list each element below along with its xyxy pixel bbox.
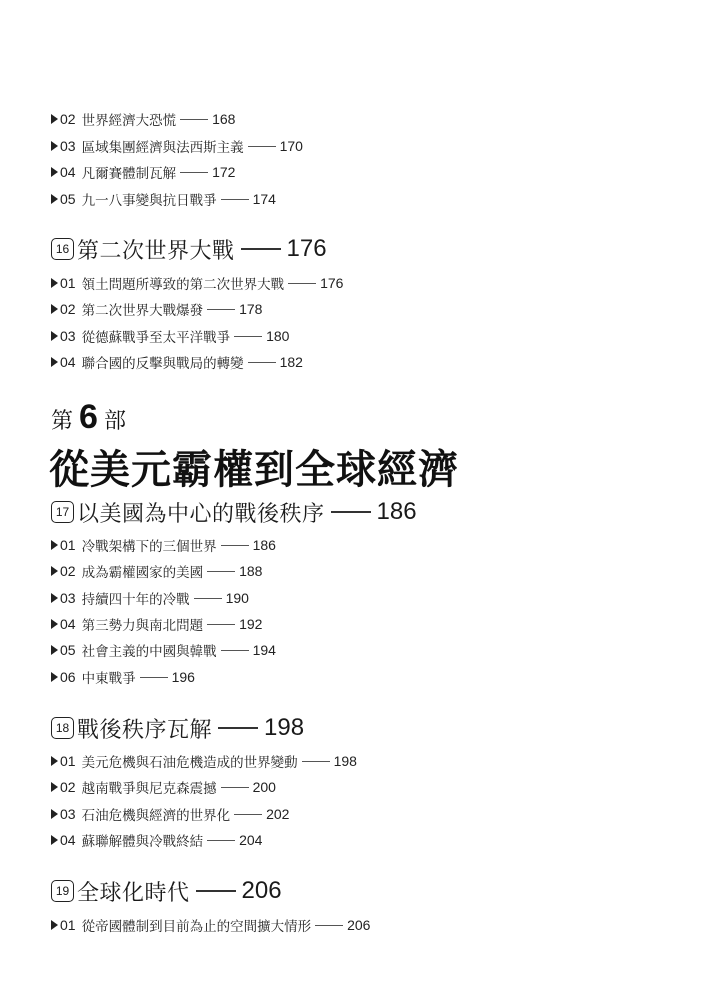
leader-line [288, 283, 316, 284]
chapter-number-badge: 17 [51, 501, 74, 523]
page-number: 178 [239, 301, 262, 317]
item-title: 凡爾賽體制瓦解 [82, 162, 177, 182]
item-title: 越南戰爭與尼克森震撼 [82, 777, 217, 797]
leader-line [140, 677, 168, 678]
triangle-bullet-icon [51, 357, 58, 367]
triangle-bullet-icon [51, 304, 58, 314]
leader-line [248, 146, 276, 147]
toc-item[interactable]: 01 從帝國體制到目前為止的空間擴大情形 206 [51, 915, 370, 935]
triangle-bullet-icon [51, 619, 58, 629]
toc-item[interactable]: 04 第三勢力與南北問題 192 [51, 614, 262, 634]
toc-item[interactable]: 02 世界經濟大恐慌 168 [51, 109, 235, 129]
leader-line [331, 511, 371, 513]
item-title: 領土問題所導致的第二次世界大戰 [82, 273, 285, 293]
chapter-number-badge: 19 [51, 880, 74, 902]
page-number: 194 [253, 642, 276, 658]
triangle-bullet-icon [51, 566, 58, 576]
chapter-title: 戰後秩序瓦解 [77, 713, 212, 744]
triangle-bullet-icon [51, 920, 58, 930]
triangle-bullet-icon [51, 114, 58, 124]
triangle-bullet-icon [51, 645, 58, 655]
leader-line [302, 761, 330, 762]
leader-line [221, 650, 249, 651]
page-number: 206 [347, 917, 370, 933]
leader-line [207, 840, 235, 841]
item-title: 從帝國體制到目前為止的空間擴大情形 [82, 915, 312, 935]
item-title: 第二次世界大戰爆發 [82, 299, 204, 319]
toc-item[interactable]: 02 成為霸權國家的美國 188 [51, 561, 262, 581]
leader-line [234, 814, 262, 815]
triangle-bullet-icon [51, 782, 58, 792]
leader-line [180, 119, 208, 120]
page-number: 188 [239, 563, 262, 579]
item-title: 從德蘇戰爭至太平洋戰爭 [82, 326, 231, 346]
triangle-bullet-icon [51, 331, 58, 341]
toc-item[interactable]: 01 領土問題所導致的第二次世界大戰 176 [51, 273, 343, 293]
leader-line [315, 925, 343, 926]
item-title: 持續四十年的冷戰 [82, 588, 190, 608]
page-number: 192 [239, 616, 262, 632]
toc-item[interactable]: 02 越南戰爭與尼克森震撼 200 [51, 777, 276, 797]
page-number: 204 [239, 832, 262, 848]
triangle-bullet-icon [51, 809, 58, 819]
page-number: 198 [334, 753, 357, 769]
toc-item[interactable]: 03 石油危機與經濟的世界化 202 [51, 804, 289, 824]
item-title: 第三勢力與南北問題 [82, 614, 204, 634]
leader-line [221, 545, 249, 546]
page-number: 176 [287, 235, 327, 263]
toc-item[interactable]: 03 從德蘇戰爭至太平洋戰爭 180 [51, 326, 289, 346]
item-title: 冷戰架構下的三個世界 [82, 535, 217, 555]
item-title: 石油危機與經濟的世界化 [82, 804, 231, 824]
page-number: 182 [280, 354, 303, 370]
page-number: 180 [266, 328, 289, 344]
triangle-bullet-icon [51, 278, 58, 288]
page-number: 170 [280, 138, 303, 154]
page-number: 198 [264, 714, 304, 742]
page-number: 202 [266, 806, 289, 822]
chapter-heading-19[interactable]: 19 全球化時代 206 [51, 876, 282, 906]
chapter-heading-16[interactable]: 16 第二次世界大戰 176 [51, 234, 327, 264]
leader-line [218, 727, 258, 729]
chapter-number-badge: 18 [51, 717, 74, 739]
toc-item[interactable]: 01 冷戰架構下的三個世界 186 [51, 535, 276, 555]
leader-line [194, 598, 222, 599]
page-number: 172 [212, 164, 235, 180]
leader-line [196, 890, 236, 892]
page-number: 200 [253, 779, 276, 795]
part-label: 第 6 部 [51, 398, 126, 437]
item-title: 社會主義的中國與韓戰 [82, 640, 217, 660]
page-number: 190 [226, 590, 249, 606]
item-title: 蘇聯解體與冷戰終結 [82, 830, 204, 850]
page-number: 174 [253, 191, 276, 207]
page-number: 176 [320, 275, 343, 291]
toc-item[interactable]: 04 蘇聯解體與冷戰終結 204 [51, 830, 262, 850]
leader-line [207, 624, 235, 625]
triangle-bullet-icon [51, 835, 58, 845]
leader-line [248, 362, 276, 363]
item-title: 世界經濟大恐慌 [82, 109, 177, 129]
leader-line [221, 199, 249, 200]
chapter-title: 第二次世界大戰 [77, 234, 235, 265]
item-title: 成為霸權國家的美國 [82, 561, 204, 581]
chapter-number-badge: 16 [51, 238, 74, 260]
toc-item[interactable]: 01 美元危機與石油危機造成的世界變動 198 [51, 751, 357, 771]
part-title: 從美元霸權到全球經濟 [49, 438, 459, 495]
page-number: 186 [253, 537, 276, 553]
chapter-heading-17[interactable]: 17 以美國為中心的戰後秩序 186 [51, 497, 417, 527]
toc-item[interactable]: 05 九一八事變與抗日戰爭 174 [51, 189, 276, 209]
leader-line [207, 571, 235, 572]
item-title: 聯合國的反擊與戰局的轉變 [82, 352, 244, 372]
toc-item[interactable]: 04 凡爾賽體制瓦解 172 [51, 162, 235, 182]
triangle-bullet-icon [51, 194, 58, 204]
leader-line [241, 248, 281, 250]
item-title: 九一八事變與抗日戰爭 [82, 189, 217, 209]
item-title: 中東戰爭 [82, 667, 136, 687]
toc-item[interactable]: 04 聯合國的反擊與戰局的轉變 182 [51, 352, 303, 372]
leader-line [180, 172, 208, 173]
toc-item[interactable]: 05 社會主義的中國與韓戰 194 [51, 640, 276, 660]
triangle-bullet-icon [51, 593, 58, 603]
leader-line [234, 336, 262, 337]
leader-line [221, 787, 249, 788]
chapter-heading-18[interactable]: 18 戰後秩序瓦解 198 [51, 713, 304, 743]
page-number: 168 [212, 111, 235, 127]
part-number: 6 [79, 398, 98, 437]
item-title: 區域集團經濟與法西斯主義 [82, 136, 244, 156]
toc-item[interactable]: 03 持續四十年的冷戰 190 [51, 588, 249, 608]
page-number: 196 [172, 669, 195, 685]
triangle-bullet-icon [51, 756, 58, 766]
leader-line [207, 309, 235, 310]
triangle-bullet-icon [51, 672, 58, 682]
item-title: 美元危機與石油危機造成的世界變動 [82, 751, 298, 771]
chapter-title: 以美國為中心的戰後秩序 [77, 497, 325, 528]
page-number: 206 [242, 877, 282, 905]
triangle-bullet-icon [51, 167, 58, 177]
chapter-title: 全球化時代 [77, 876, 190, 907]
triangle-bullet-icon [51, 141, 58, 151]
page-number: 186 [377, 498, 417, 526]
triangle-bullet-icon [51, 540, 58, 550]
toc-item[interactable]: 03 區域集團經濟與法西斯主義 170 [51, 136, 303, 156]
toc-item[interactable]: 06 中東戰爭 196 [51, 667, 195, 687]
toc-item[interactable]: 02 第二次世界大戰爆發 178 [51, 299, 262, 319]
